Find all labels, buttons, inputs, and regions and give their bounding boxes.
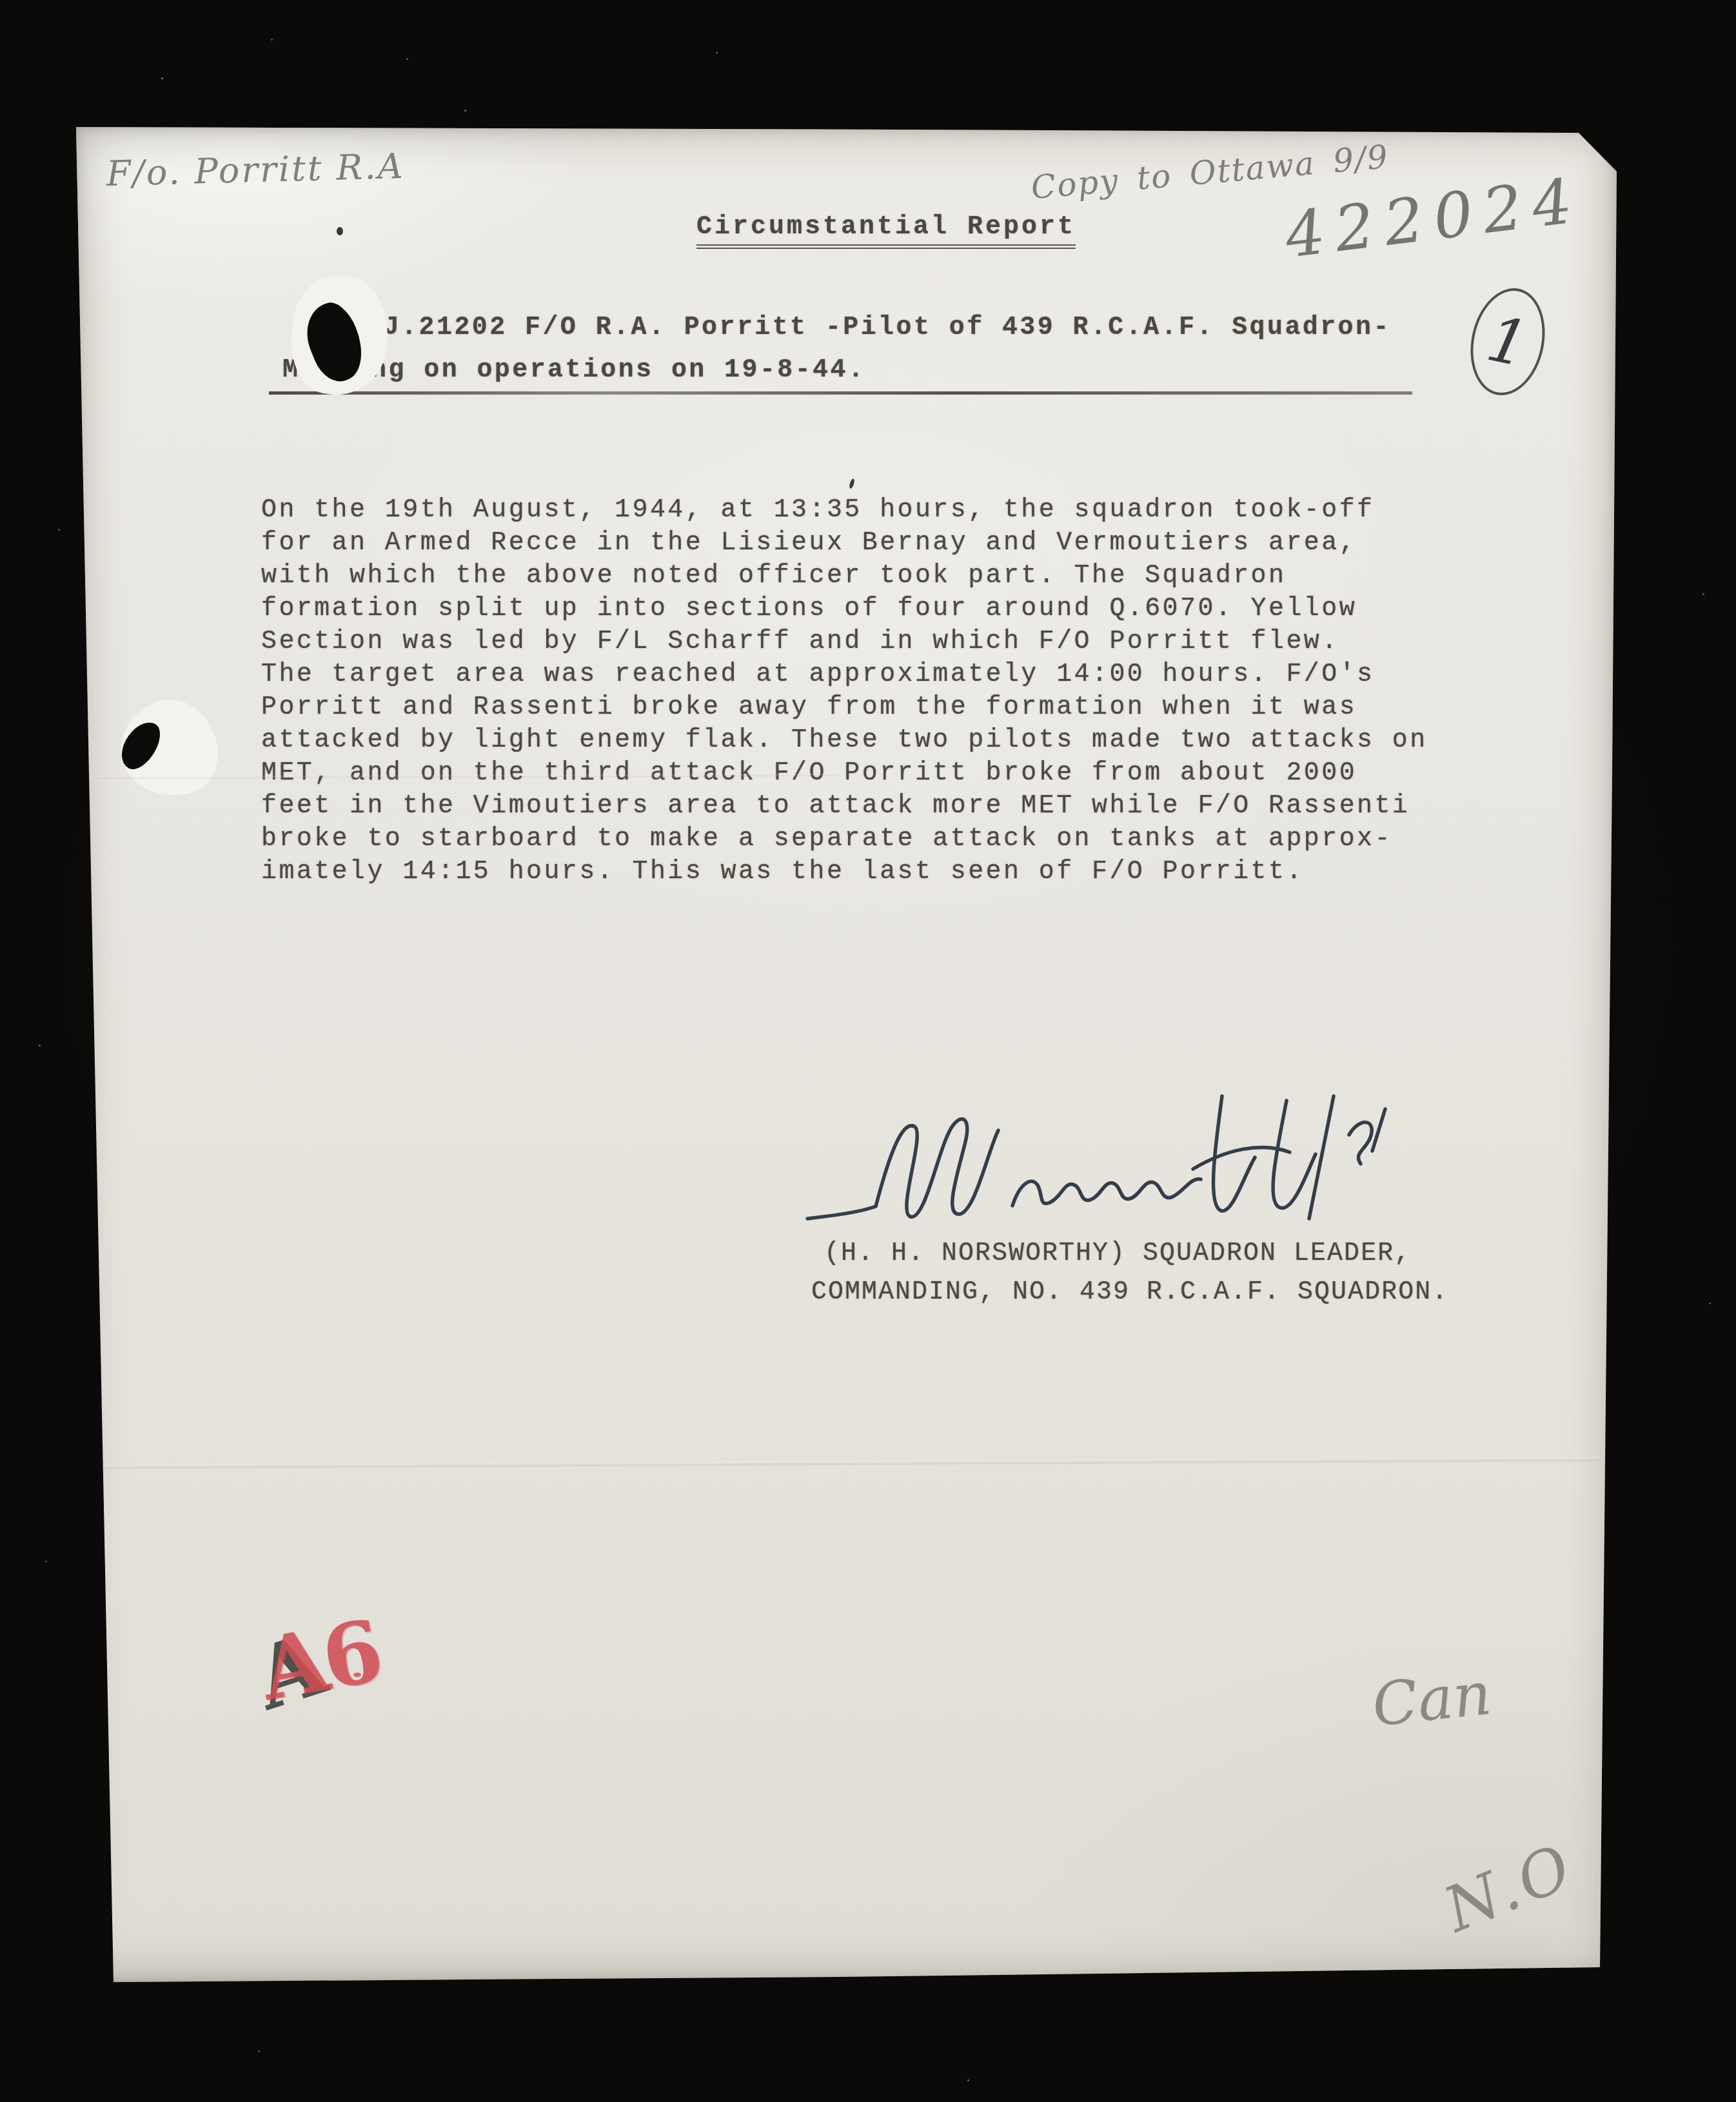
red-speck [353,1673,361,1677]
report-title: Circumstantial Report [696,213,1076,249]
body-line: with which the above noted officer took … [261,560,1474,593]
body-line: On the 19th August, 1944, at 13:35 hours… [261,494,1474,527]
paper-sheet: F/o. Porritt R.A Copy to Ottawa 9/9 4220… [0,0,1736,2102]
subject-underline [269,391,1412,395]
pencil-annotation-top-left: F/o. Porritt R.A [106,146,405,194]
body-line: Section was led by F/L Scharff and in wh… [261,625,1474,658]
body-line: imately 14:15 hours. This was the last s… [261,856,1474,889]
red-crayon-a6: A6 [253,1601,386,1720]
body-line: for an Armed Recce in the Lisieux Bernay… [261,527,1474,560]
report-body: On the 19th August, 1944, at 13:35 hours… [261,494,1474,889]
subject-line-1: d.J.21202 F/O R.A. Porritt -Pilot of 439… [348,313,1391,342]
dust-specks [161,77,163,79]
page-number-text: 1 [1481,302,1534,381]
pencil-annotation-can: Can [1369,1659,1495,1740]
body-line: broke to starboard to make a separate at… [261,823,1474,856]
scanned-document-scene: F/o. Porritt R.A Copy to Ottawa 9/9 4220… [0,0,1736,2102]
body-line: Porritt and Rassenti broke away from the… [261,691,1474,724]
signed-title-line: COMMANDING, NO. 439 R.C.A.F. SQUADRON. [811,1278,1448,1307]
body-line: The target area was reached at approxima… [261,658,1474,691]
signed-name-line: (H. H. NORSWORTHY) SQUADRON LEADER, [824,1239,1411,1268]
body-line: formation split up into sections of four… [261,593,1474,625]
ink-speck [337,227,343,235]
signature-ink [800,1074,1406,1254]
body-line: attacked by light enemy flak. These two … [261,724,1474,757]
body-line: feet in the Vimoutiers area to attack mo… [261,790,1474,823]
body-line: MET, and on the third attack F/O Porritt… [261,757,1474,790]
